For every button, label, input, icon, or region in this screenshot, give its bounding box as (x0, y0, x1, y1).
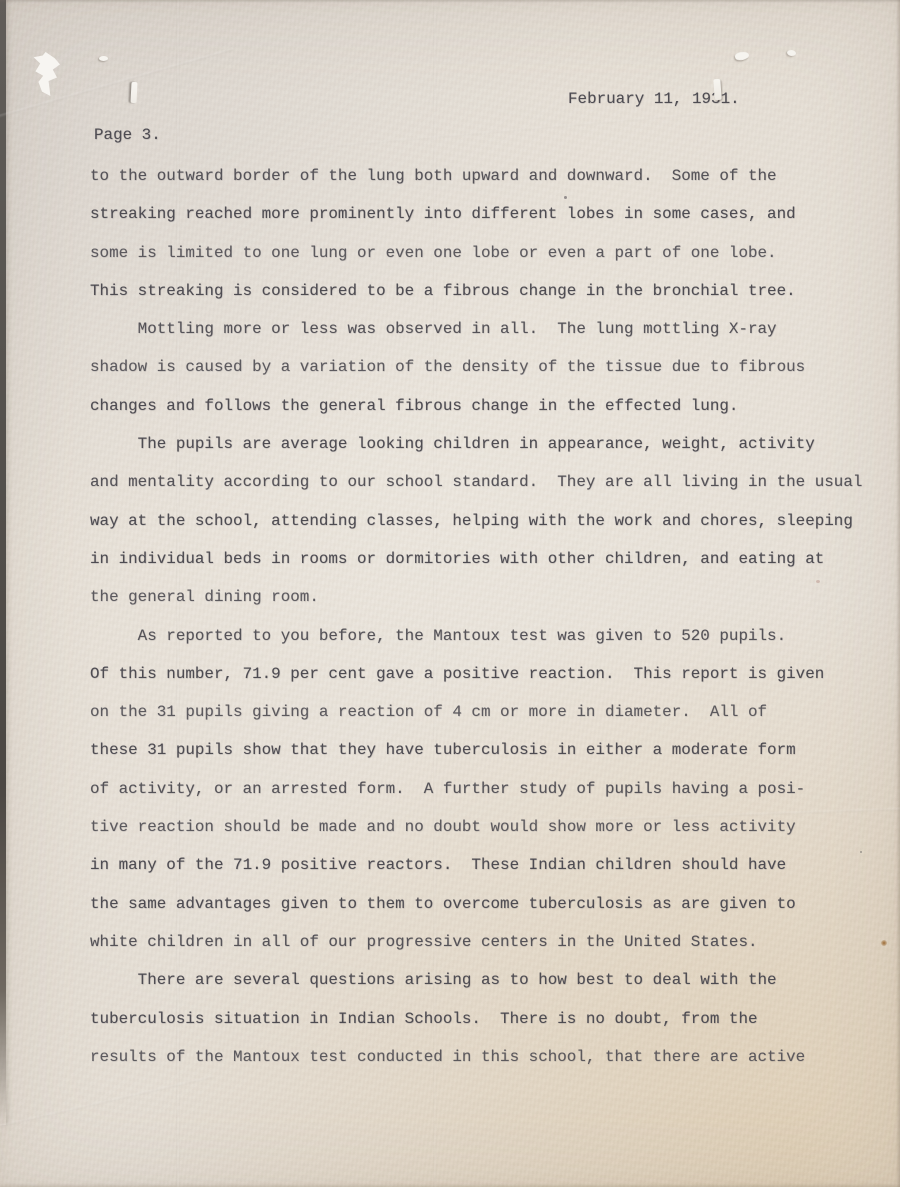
paper-crease (0, 48, 234, 121)
page-number-label: Page 3. (94, 126, 161, 145)
text-line: There are several questions arising as t… (90, 961, 862, 999)
paper-edge-top (0, 0, 900, 3)
rust-stain (881, 940, 887, 946)
text-line: to the outward border of the lung both u… (90, 157, 862, 195)
text-line: tive reaction should be made and no doub… (90, 808, 862, 846)
text-line: in individual beds in rooms or dormitori… (90, 540, 862, 578)
text-line: results of the Mantoux test conducted in… (90, 1038, 862, 1076)
text-line: white children in all of our progressive… (90, 923, 862, 961)
text-line: and mentality according to our school st… (90, 463, 862, 501)
paper-tear-mark (30, 52, 60, 96)
text-line: streaking reached more prominently into … (90, 195, 862, 233)
text-line: the same advantages given to them to ove… (90, 885, 862, 923)
paper-crease (0, 1075, 214, 1131)
text-line: Of this number, 71.9 per cent gave a pos… (90, 655, 862, 693)
text-line: in many of the 71.9 positive reactors. T… (90, 846, 862, 884)
text-line: of activity, or an arrested form. A furt… (90, 770, 862, 808)
text-line: changes and follows the general fibrous … (90, 387, 862, 425)
paper-edge-right (896, 0, 900, 1187)
paper-chip-mark (787, 49, 797, 56)
paper-scratch-mark (713, 79, 721, 100)
text-line: tuberculosis situation in Indian Schools… (90, 1000, 862, 1038)
text-line: on the 31 pupils giving a reaction of 4 … (90, 693, 862, 731)
text-line: the general dining room. (90, 578, 862, 616)
paper-crease (270, 110, 729, 153)
text-line: The pupils are average looking children … (90, 425, 862, 463)
paper-chip-mark (99, 56, 108, 61)
text-line: shadow is caused by a variation of the d… (90, 348, 862, 386)
paper-chip-mark (734, 51, 749, 62)
paper-edge-bottom (0, 1183, 900, 1187)
paper-scratch-mark (130, 82, 137, 103)
text-line: some is limited to one lung or even one … (90, 234, 862, 272)
scanned-letter-page: February 11, 1931. Page 3. to the outwar… (0, 0, 900, 1187)
text-line: As reported to you before, the Mantoux t… (90, 617, 862, 655)
text-line: way at the school, attending classes, he… (90, 502, 862, 540)
text-line: Mottling more or less was observed in al… (90, 310, 862, 348)
text-line: these 31 pupils show that they have tube… (90, 731, 862, 769)
letter-body: to the outward border of the lung both u… (90, 157, 862, 1076)
scan-edge-left (0, 0, 6, 1125)
text-line: This streaking is considered to be a fib… (90, 272, 862, 310)
